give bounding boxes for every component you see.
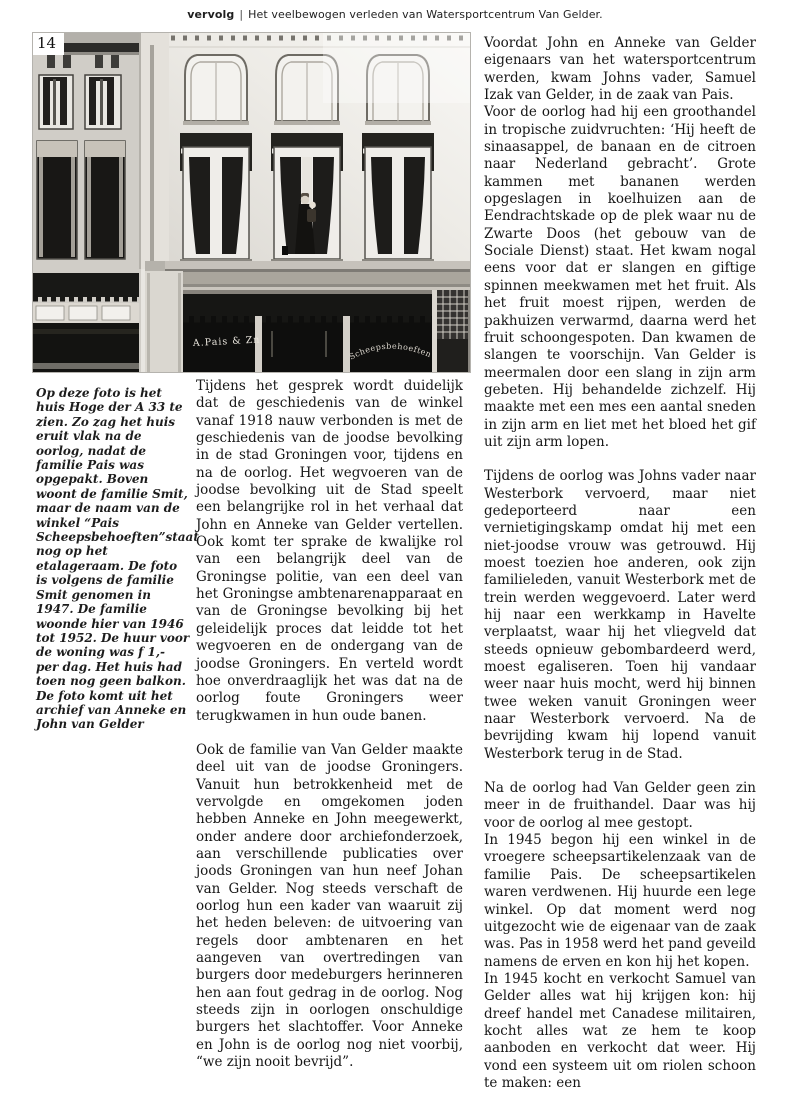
paragraph: In 1945 kocht en verkocht Samuel van Gel… [484,971,756,1092]
paragraph: Voordat John en Anneke van Gelder eigena… [484,35,756,104]
pilaster-divider [139,33,171,269]
paragraph: Na de oorlog had Van Gelder geen zin mee… [484,780,756,832]
page-header: vervolg|Het veelbewogen verleden van Wat… [0,8,790,21]
magazine-page: vervolg|Het veelbewogen verleden van Wat… [0,0,790,1117]
header-continuation-label: vervolg [187,8,234,21]
paragraph: Tijdens het gesprek wordt duidelijk dat … [196,378,463,725]
header-separator: | [239,8,243,21]
article-column-middle: Tijdens het gesprek wordt duidelijk dat … [196,378,463,1071]
facade-photo-illustration: A.Pais & Zn Scheepsbehoeften [33,33,470,372]
article-column-right: Voordat John en Anneke van Gelder eigena… [484,35,756,1092]
paragraph: In 1945 begon hij een winkel in de vroeg… [484,832,756,971]
photo-caption: Op deze foto is het huis Hoge der A 33 t… [36,386,190,732]
caption-credit: De foto komt uit het archief van Anneke … [36,689,190,732]
caption-text: Op deze foto is het huis Hoge der A 33 t… [36,386,190,689]
paragraph: Voor de oorlog had hij een groothandel i… [484,104,756,451]
building-photo: A.Pais & Zn Scheepsbehoeften [33,33,470,372]
left-building [33,33,141,372]
paragraph: Ook de familie van Van Gelder maakte dee… [196,742,463,1072]
photo-highlight [323,33,470,103]
paragraph: Tijdens de oorlog was Johns vader naar W… [484,468,756,763]
curtained-window-row [180,133,434,264]
page-number: 14 [33,33,64,55]
shop-front: A.Pais & Zn Scheepsbehoeften [183,290,470,372]
header-article-title: Het veelbewogen verleden van Watersportc… [248,8,603,21]
